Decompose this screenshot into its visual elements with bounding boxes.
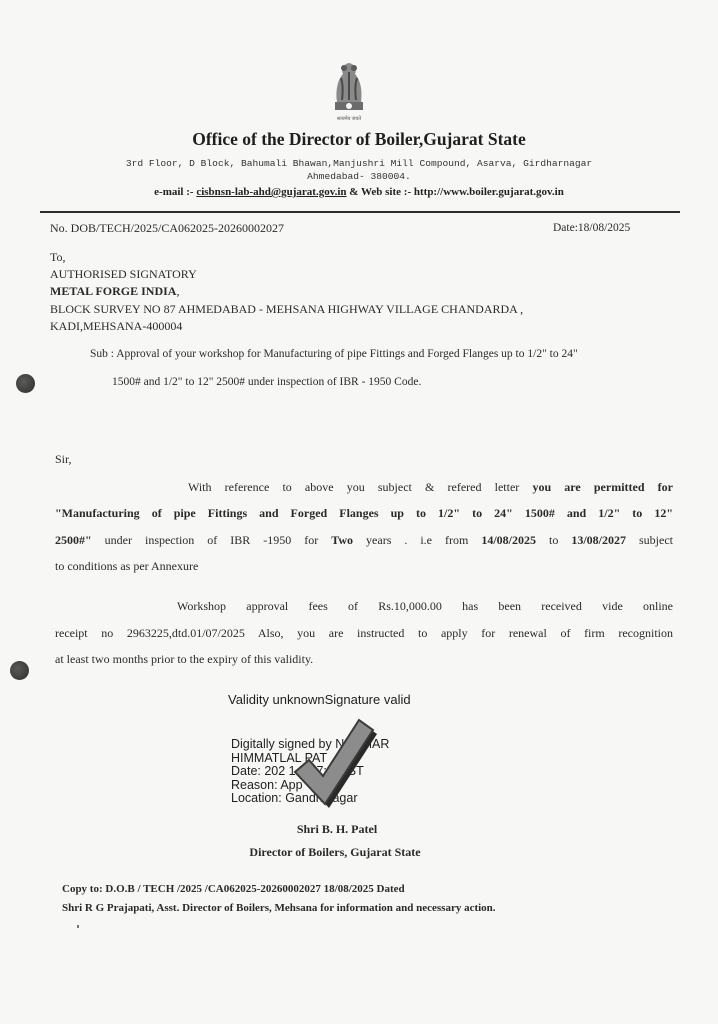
valid-from-date: 14/08/2025 (481, 533, 536, 547)
signatory-name: Shri B. H. Patel (0, 822, 718, 837)
office-address-line1: 3rd Floor, D Block, Bahumali Bhawan,Manj… (0, 158, 718, 169)
subject-line1: Sub : Approval of your workshop for Manu… (90, 348, 578, 360)
firm-suffix: , (176, 284, 179, 298)
valid-to-date: 13/08/2027 (571, 533, 626, 547)
punch-hole (10, 661, 29, 680)
salutation: Sir, (55, 452, 72, 467)
recipient-to: To, (50, 250, 66, 265)
svg-text:सत्यमेव जयते: सत्यमेव जयते (337, 115, 361, 122)
scan-speck (77, 925, 79, 928)
recipient-address-line1: BLOCK SURVEY NO 87 AHMEDABAD - MEHSANA H… (50, 302, 523, 317)
para1-text: to (536, 533, 571, 547)
signatory-designation-text: Director of Boilers, Gujarat State (249, 845, 420, 859)
para1-line1: With reference to above you subject & re… (55, 480, 673, 495)
office-address-line2: Ahmedabad- 380004. (0, 171, 718, 182)
para1-line4: to conditions as per Annexure (55, 559, 198, 574)
recipient-designation: AUTHORISED SIGNATORY (50, 267, 197, 282)
office-title: Office of the Director of Boiler,Gujarat… (0, 129, 718, 150)
para1-text: under inspection of IBR -1950 for (92, 533, 332, 547)
copy-to-line2: Shri R G Prajapati, Asst. Director of Bo… (62, 902, 496, 914)
national-emblem-icon: सत्यमेव जयते (327, 58, 371, 124)
header-divider (40, 211, 680, 213)
signatory-name-text: Shri B. H. Patel (297, 822, 377, 836)
para2-line1: Workshop approval fees of Rs.10,000.00 h… (55, 599, 673, 614)
para1-line3: 2500#" under inspection of IBR -1950 for… (55, 533, 673, 548)
para1-text: years . i.e from (353, 533, 481, 547)
email-link[interactable]: cisbnsn-lab-ahd@gujarat.gov.in (196, 186, 346, 198)
copy-to-line1: Copy to: D.O.B / TECH /2025 /CA062025-20… (62, 883, 405, 895)
firm-name: METAL FORGE INDIA (50, 284, 176, 298)
subject-line2: 1500# and 1/2" to 12" 2500# under inspec… (112, 376, 421, 388)
punch-hole (16, 374, 35, 393)
office-contact: e-mail :- cisbnsn-lab-ahd@gujarat.gov.in… (0, 186, 718, 198)
para2-line3: at least two months prior to the expiry … (55, 652, 313, 667)
email-label: e-mail :- (154, 186, 196, 198)
validity-period: Two (331, 533, 353, 547)
para1-permission: you are permitted for (532, 480, 673, 494)
recipient-firm: METAL FORGE INDIA, (50, 284, 179, 299)
website-label: & Web site :- (347, 186, 414, 198)
checkmark-icon (283, 716, 378, 811)
letter-date: Date:18/08/2025 (553, 222, 630, 234)
para2-line2: receipt no 2963225,dtd.01/07/2025 Also, … (55, 626, 673, 641)
signatory-designation: Director of Boilers, Gujarat State (0, 845, 718, 860)
para1-text: With reference to above you subject & re… (188, 480, 532, 494)
pressure-class: 2500#" (55, 533, 92, 547)
reference-number: No. DOB/TECH/2025/CA062025-20260002027 (50, 221, 284, 236)
para1-text: subject (626, 533, 673, 547)
para1-line2: "Manufacturing of pipe Fittings and Forg… (55, 506, 673, 521)
website-link[interactable]: http://www.boiler.gujarat.gov.in (414, 186, 564, 198)
recipient-address-line2: KADI,MEHSANA-400004 (50, 319, 182, 334)
signature-validity-status[interactable]: Validity unknownSignature valid (228, 692, 411, 707)
